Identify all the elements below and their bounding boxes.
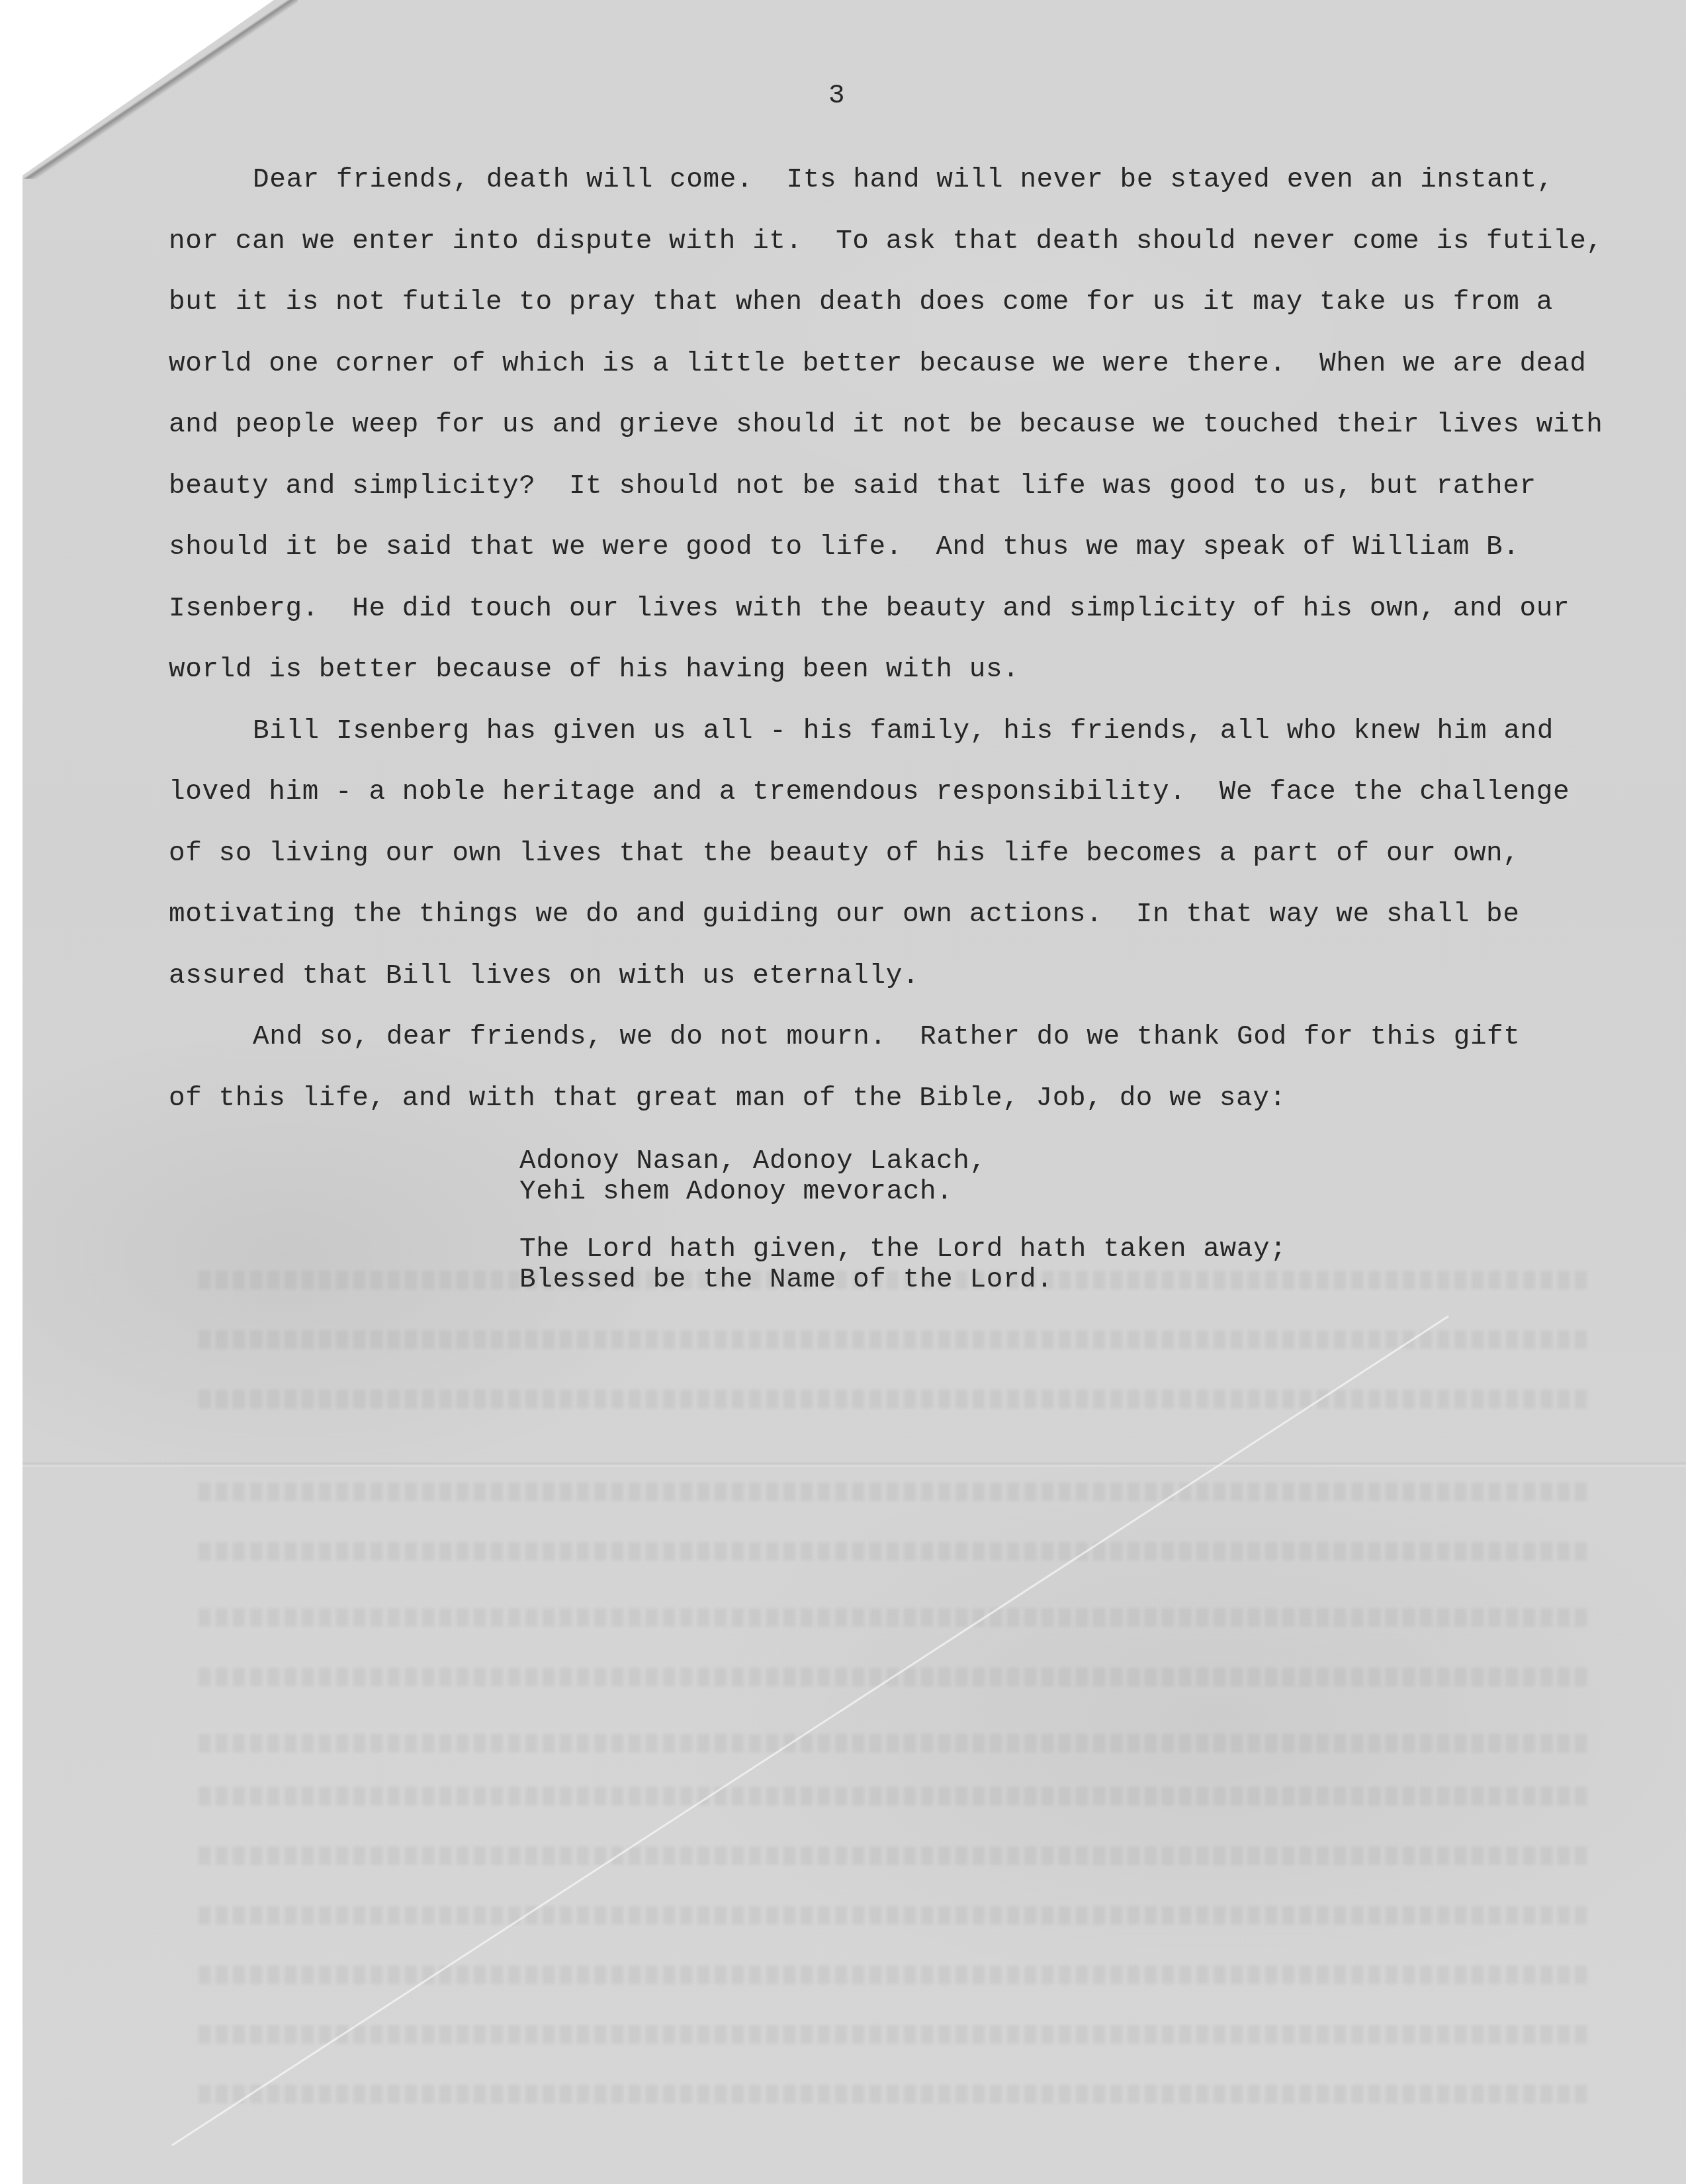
paragraph-1-line-7: should it be said that we were good to l… [169, 534, 1520, 561]
paragraph-3-line-2: of this life, and with that great man of… [169, 1085, 1286, 1113]
paragraph-2-line-1: Bill Isenberg has given us all - his fam… [253, 718, 1554, 745]
paragraph-1-line-5: and people weep for us and grieve should… [169, 412, 1603, 439]
bleed-through-text [199, 2085, 1588, 2103]
quote-english-line-1: The Lord hath given, the Lord hath taken… [519, 1236, 1286, 1263]
quote-hebrew-line-1: Adonoy Nasan, Adonoy Lakach, [519, 1148, 987, 1175]
paragraph-1-line-3: but it is not futile to pray that when d… [169, 289, 1553, 316]
paragraph-1-line-1: Dear friends, death will come. Its hand … [253, 167, 1554, 194]
page-number: 3 [828, 81, 845, 111]
bleed-through-text [199, 1390, 1588, 1408]
document-body: Dear friends, death will come. Its hand … [0, 0, 33, 760]
bleed-through-text [199, 2025, 1588, 2044]
paragraph-1-line-9: world is better because of his having be… [169, 657, 1019, 684]
paragraph-2-line-2: loved him - a noble heritage and a treme… [169, 779, 1570, 806]
horizontal-fold-crease [22, 1461, 1686, 1468]
bleed-through-text [199, 1608, 1588, 1627]
bleed-through-text [199, 1330, 1588, 1349]
quote-hebrew-line-2: Yehi shem Adonoy mevorach. [519, 1179, 953, 1206]
paragraph-2-line-4: motivating the things we do and guiding … [169, 901, 1520, 929]
bleed-through-text [199, 1787, 1588, 1805]
bleed-through-text [199, 1734, 1588, 1752]
quote-english-line-2: Blessed be the Name of the Lord. [519, 1267, 1053, 1294]
paragraph-2-line-5: assured that Bill lives on with us etern… [169, 963, 919, 990]
paragraph-1-line-6: beauty and simplicity? It should not be … [169, 473, 1536, 500]
paragraph-1-line-2: nor can we enter into dispute with it. T… [169, 228, 1603, 255]
paragraph-1-line-8: Isenberg. He did touch our lives with th… [169, 596, 1570, 623]
bleed-through-text [199, 1906, 1588, 1925]
paragraph-2-line-3: of so living our own lives that the beau… [169, 841, 1520, 868]
paragraph-1-line-4: world one corner of which is a little be… [169, 351, 1586, 378]
bleed-through-text [199, 1542, 1588, 1561]
bleed-through-text [199, 1482, 1588, 1501]
paragraph-3-line-1: And so, dear friends, we do not mourn. R… [253, 1024, 1521, 1051]
bleed-through-text [199, 1966, 1588, 1984]
bleed-through-text [199, 1846, 1588, 1865]
